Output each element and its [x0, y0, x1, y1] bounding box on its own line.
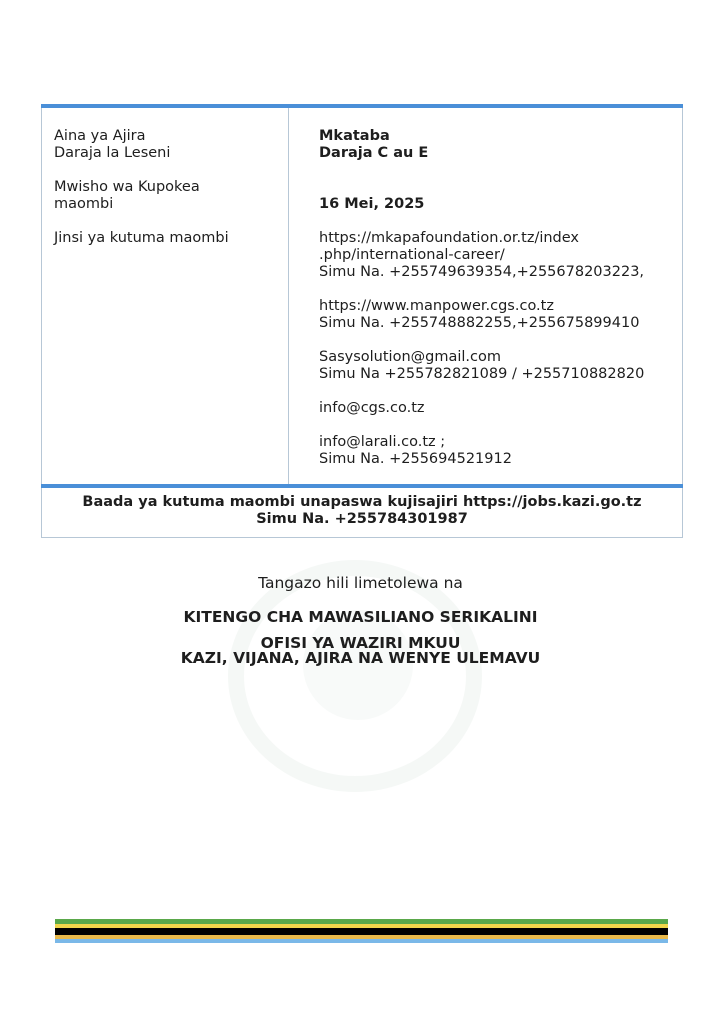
flag-band — [55, 928, 668, 935]
label-deadline-2: maombi — [54, 196, 284, 213]
table-top-border — [41, 104, 683, 108]
contact-email[interactable]: Sasysolution@gmail.com — [319, 349, 679, 366]
label-deadline: Mwisho wa Kupokea — [54, 179, 284, 196]
issuer-unit: KITENGO CHA MAWASILIANO SERIKALINI — [0, 608, 721, 626]
label-how-to-apply: Jinsi ya kutuma maombi — [54, 230, 284, 247]
contact-block-sasy: Sasysolution@gmail.com Simu Na +25578282… — [319, 349, 679, 383]
job-details-table: Aina ya Ajira Daraja la Leseni Mwisho wa… — [41, 104, 683, 538]
issuer-office-block: OFISI YA WAZIRI MKUU KAZI, VIJANA, AJIRA… — [0, 636, 721, 666]
contact-phone: Simu Na. +255748882255,+255675899410 — [319, 315, 679, 332]
label-job-type: Aina ya Ajira — [54, 128, 284, 145]
contact-email[interactable]: info@cgs.co.tz — [319, 400, 679, 417]
contact-link[interactable]: https://www.manpower.cgs.co.tz — [319, 298, 679, 315]
contact-email[interactable]: info@larali.co.tz ; — [319, 434, 679, 451]
contact-phone: Simu Na. +255694521912 — [319, 451, 679, 468]
contact-block-manpower: https://www.manpower.cgs.co.tz Simu Na. … — [319, 298, 679, 332]
contact-link-cont[interactable]: .php/international-career/ — [319, 247, 679, 264]
issuer-ministry: KAZI, VIJANA, AJIRA NA WENYE ULEMAVU — [0, 651, 721, 666]
column-divider — [288, 108, 289, 484]
contact-link[interactable]: https://mkapafoundation.or.tz/index — [319, 230, 679, 247]
contact-block-cgs: info@cgs.co.tz — [319, 400, 679, 417]
issued-by-intro: Tangazo hili limetolewa na — [0, 574, 721, 592]
values-column: Mkataba Daraja C au E 16 Mei, 2025 https… — [319, 128, 679, 468]
registration-note-line: Baada ya kutuma maombi unapaswa kujisaji… — [42, 494, 682, 511]
table-divider-bar — [41, 484, 683, 488]
labels-column: Aina ya Ajira Daraja la Leseni Mwisho wa… — [54, 128, 284, 247]
label-license-class: Daraja la Leseni — [54, 145, 284, 162]
contact-phone: Simu Na +255782821089 / +255710882820 — [319, 366, 679, 383]
registration-phone: Simu Na. +255784301987 — [42, 511, 682, 528]
contact-block-mkapa: https://mkapafoundation.or.tz/index .php… — [319, 230, 679, 281]
contact-block-larali: info@larali.co.tz ; Simu Na. +2556945219… — [319, 434, 679, 468]
contact-phone: Simu Na. +255749639354,+255678203223, — [319, 264, 679, 281]
value-job-type: Mkataba — [319, 128, 679, 145]
tanzania-flag-stripe — [55, 919, 668, 943]
flag-band — [55, 939, 668, 943]
registration-note: Baada ya kutuma maombi unapaswa kujisaji… — [42, 494, 682, 528]
value-deadline: 16 Mei, 2025 — [319, 196, 679, 213]
value-license-class: Daraja C au E — [319, 145, 679, 162]
